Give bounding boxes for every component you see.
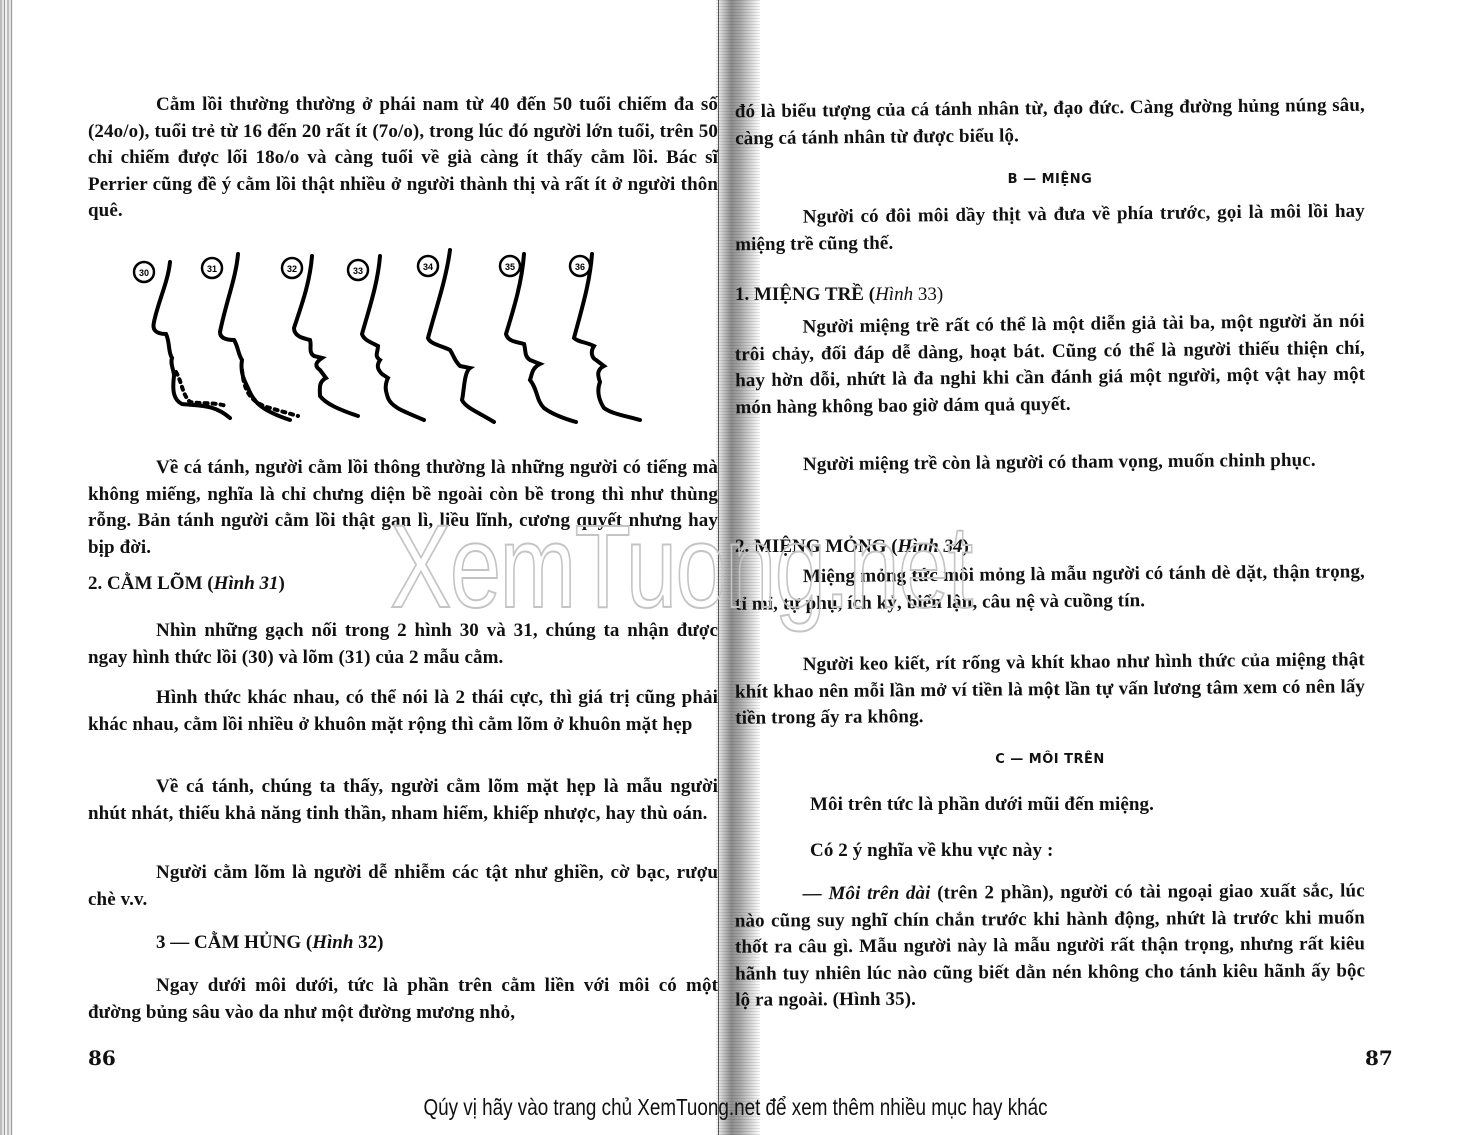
right-page: đó là biểu tượng của cá tánh nhân từ, đạ… xyxy=(735,0,1365,1135)
figure-label-31: 31 xyxy=(207,264,217,274)
paragraph-ambition: Người miệng trề còn là người có tham vọn… xyxy=(735,447,1365,479)
paragraph-long-upper-lip: — Môi trên dài (trên 2 phần), người có t… xyxy=(735,878,1366,1014)
footer-notice: Qúy vị hãy vào trang chủ XemTuong.net để… xyxy=(132,1094,1338,1121)
figure-label-34: 34 xyxy=(423,262,433,272)
heading-cam-lom: 2. CẰM LÕM (Hình 31) xyxy=(88,573,718,595)
term-long-upper-lip: — Môi trên dài xyxy=(803,883,931,905)
section-heading-mouth: B — MIỆNG xyxy=(735,172,1365,187)
chin-profile-figures: 30 31 32 33 34 35 36 xyxy=(130,242,690,432)
heading-mieng-mong: 2. MIỆNG MỎNG (Hình 34) xyxy=(735,536,1365,558)
figure-label-36: 36 xyxy=(575,262,585,272)
scan-page-edge xyxy=(0,0,13,1135)
paragraph-different-forms: Hình thức khác nhau, có thể nói là 2 thá… xyxy=(88,685,718,738)
page-number-right: 87 xyxy=(1365,1046,1393,1070)
paragraph-pouting-mouth: Người miệng trề rất có thể là một diễn g… xyxy=(734,309,1365,422)
face-profiles-illustration: 30 31 32 33 34 35 36 xyxy=(130,242,690,432)
paragraph-chin-statistics: Cằm lồi thường thường ở phái nam từ 40 đ… xyxy=(88,92,718,225)
page-number-left: 86 xyxy=(88,1046,116,1070)
section-heading-upper-lip: C — MÔI TRÊN xyxy=(735,752,1365,767)
figure-label-33: 33 xyxy=(353,266,363,276)
paragraph-stingy: Người keo kiết, rít rống và khít khao nh… xyxy=(735,647,1366,732)
figure-label-30: 30 xyxy=(139,268,149,278)
figure-label-32: 32 xyxy=(287,264,297,274)
paragraph-below-lower-lip: Ngay dưới môi dưới, tức là phần trên cằm… xyxy=(88,973,718,1026)
heading-cam-hung: 3 — CẰM HỦNG (Hình 32) xyxy=(156,932,718,954)
heading-mieng-tre: 1. MIỆNG TRỀ (Hình 33) xyxy=(735,284,1365,306)
left-page: Cằm lồi thường thường ở phái nam từ 40 đ… xyxy=(88,0,718,1135)
paragraph-protruding-chin-character: Về cá tánh, người cằm lồi thông thường l… xyxy=(88,455,718,561)
paragraph-figures-30-31: Nhìn những gạch nối trong 2 hình 30 và 3… xyxy=(88,618,718,671)
paragraph-thick-lips: Người có đôi môi dầy thịt và đưa về phía… xyxy=(735,199,1366,259)
figure-label-35: 35 xyxy=(505,262,515,272)
paragraph-upper-lip-definition: Môi trên tức là phần dưới mũi đến miệng. xyxy=(810,792,1365,819)
paragraph-receding-chin-character: Về cá tánh, chúng ta thấy, người cằm lõm… xyxy=(88,774,718,827)
paragraph-thin-lips: Miệng mỏng tức môi mỏng là mẫu người có … xyxy=(735,559,1365,617)
gutter-divider xyxy=(718,0,719,1135)
paragraph-kind-character: đó là biểu tượng của cá tánh nhân từ, đạ… xyxy=(735,93,1366,153)
paragraph-receding-chin-vices: Người cằm lõm là người dễ nhiễm các tật … xyxy=(88,860,718,913)
paragraph-two-meanings: Có 2 ý nghĩa về khu vực này : xyxy=(810,838,1365,865)
